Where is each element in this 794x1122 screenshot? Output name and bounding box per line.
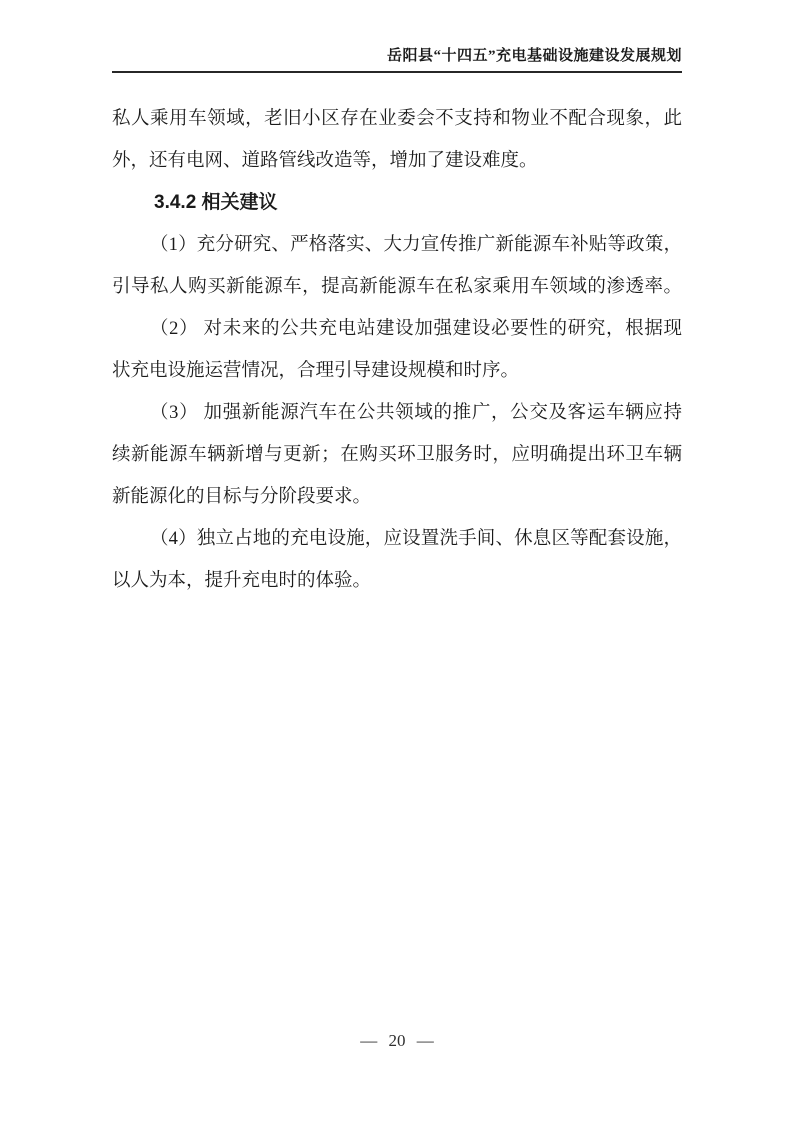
page-header: 岳阳县“十四五”充电基础设施建设发展规划 — [112, 46, 682, 73]
page-footer: — 20 — — [0, 1031, 794, 1051]
paragraph-line: 私人乘用车领域，老旧小区存在业委会不支持和物业不配合现象，此 — [112, 98, 682, 140]
paragraph-line: 以人为本，提升充电时的体验。 — [112, 560, 682, 602]
paragraph-line: 状充电设施运营情况，合理引导建设规模和时序。 — [112, 350, 682, 392]
page-number: — 20 — — [360, 1031, 434, 1050]
paragraph-line: （4）独立占地的充电设施，应设置洗手间、休息区等配套设施， — [112, 518, 682, 560]
paragraph-line: （3） 加强新能源汽车在公共领域的推广，公交及客运车辆应持 — [112, 392, 682, 434]
paragraph-line: （1）充分研究、严格落实、大力宣传推广新能源车补贴等政策， — [112, 224, 682, 266]
paragraph-line: 新能源化的目标与分阶段要求。 — [112, 476, 682, 518]
paragraph-line: 外，还有电网、道路管线改造等，增加了建设难度。 — [112, 140, 682, 182]
document-page: 岳阳县“十四五”充电基础设施建设发展规划 私人乘用车领域，老旧小区存在业委会不支… — [0, 0, 794, 1122]
paragraph-line: 引导私人购买新能源车，提高新能源车在私家乘用车领域的渗透率。 — [112, 266, 682, 308]
paragraph-line: （2） 对未来的公共充电站建设加强建设必要性的研究，根据现 — [112, 308, 682, 350]
section-heading: 3.4.2 相关建议 — [112, 182, 682, 224]
header-title: 岳阳县“十四五”充电基础设施建设发展规划 — [112, 46, 682, 66]
document-body: 私人乘用车领域，老旧小区存在业委会不支持和物业不配合现象，此 外，还有电网、道路… — [112, 98, 682, 602]
paragraph-line: 续新能源车辆新增与更新；在购买环卫服务时，应明确提出环卫车辆 — [112, 434, 682, 476]
